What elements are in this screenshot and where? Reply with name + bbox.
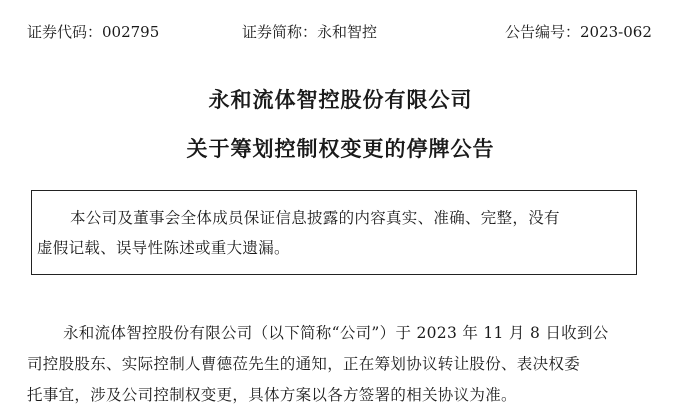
stock-abbreviation: 证券简称：永和智控 [242, 20, 377, 44]
body-paragraph-line: 司控股股东、实际控制人曹德莅先生的通知，正在筹划协议转让股份、表决权委 [27, 353, 580, 375]
stock-code: 证券代码：002795 [27, 20, 159, 44]
body-paragraph-line: 永和流体智控股份有限公司（以下简称“公司”）于 2023 年 11 月 8 日收… [63, 322, 609, 344]
announcement-title: 关于筹划控制权变更的停牌公告 [0, 133, 681, 163]
company-name-title: 永和流体智控股份有限公司 [0, 84, 681, 114]
body-paragraph-line: 托事宜，涉及公司控制权变更，具体方案以各方签署的相关协议为准。 [27, 384, 517, 406]
document-header: 证券代码：002795 证券简称：永和智控 公告编号：2023-062 [0, 20, 681, 44]
disclaimer-line: 本公司及董事会全体成员保证信息披露的内容真实、准确、完整，没有 [70, 207, 560, 229]
disclaimer-line: 虚假记载、误导性陈述或重大遗漏。 [37, 237, 290, 259]
disclaimer-box: 本公司及董事会全体成员保证信息披露的内容真实、准确、完整，没有 虚假记载、误导性… [31, 190, 637, 275]
announcement-number: 公告编号：2023-062 [505, 20, 652, 44]
